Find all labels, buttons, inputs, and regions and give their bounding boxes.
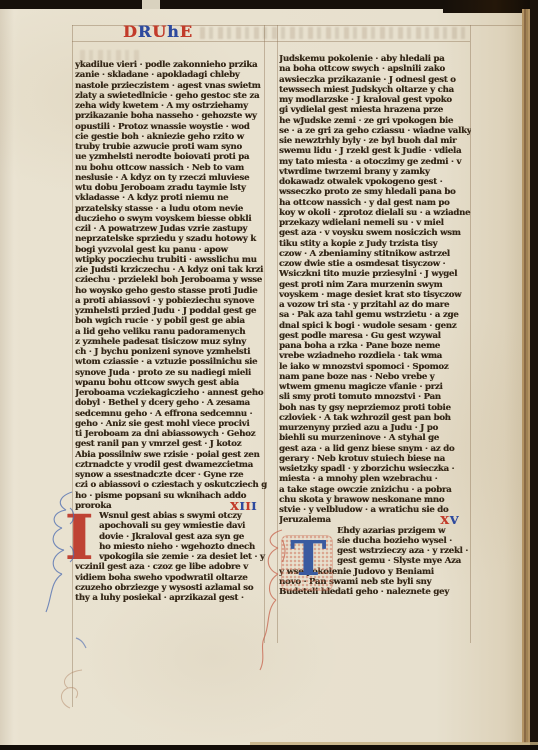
text-line: my tato miesta · a otoczimy ge zedmi · v: [279, 157, 471, 167]
text-line: wtipky pocziechu trubiti · awsslichu mu: [75, 255, 267, 265]
text-line: a take stage owczie znizichu · a pobra: [279, 485, 471, 495]
text-line: ho woysko geho gesto stasse proti Judie: [75, 286, 267, 296]
text-line: my modlarzske · J kraloval gest vpoko: [279, 95, 471, 105]
text-line: stvie · y velbludow · a wratichu sie do: [279, 505, 471, 515]
text-line: przekazy wdielani nemeli su · v miel: [279, 218, 471, 228]
colored-letter: X: [230, 501, 239, 511]
text-line: czuzeho obrziezge y wysosti azlamal so: [75, 583, 267, 593]
text-line: czow · A zbeniaminy stitnikow astrzel: [279, 249, 471, 259]
text-line: wtu dobu Jeroboam zradu taymie lsty: [75, 183, 267, 193]
chapter-numeral: XIII: [230, 501, 257, 511]
text-line: XIIIproroka: [75, 501, 267, 511]
text-line: ho · pisme popsani su wknihach addo: [75, 491, 267, 501]
ruling-line-horizontal-header: [72, 41, 470, 42]
text-line: Judskemu pokolenie · aby hledali pa: [279, 54, 471, 64]
text-line: Abia possilniw swe rzisie · poial gest z…: [75, 450, 267, 460]
text-line: swemu lidu · J rzekl gest k Judie · vdie…: [279, 146, 471, 156]
text-line: biehli su murzeninove · A styhal ge: [279, 433, 471, 443]
text-line: cie gestie boh · akniezie geho rzito w: [75, 132, 267, 142]
text-line: chu skota y brawow neskonane mno: [279, 495, 471, 505]
manuscript-photo: DRUhE ykadilue vieri · podle zakonnieho …: [0, 0, 538, 750]
text-line: vidiem boha sweho vpodwratil oltarze: [75, 573, 267, 583]
initial-letter: T: [282, 529, 334, 589]
text-line: sie ducha bozieho wysel ·: [337, 536, 471, 546]
colored-letter: R: [138, 22, 152, 41]
text-line: wpanu bohu ottcow swych gest abia: [75, 378, 267, 388]
text-line: a proti abiassovi · y pobieziechu synove: [75, 296, 267, 306]
blue-penwork-flourish: [42, 486, 78, 616]
text-line: Wsnul gest abias s swymi otczy: [99, 511, 267, 521]
text-line: he wJudske zemi · ze gri vpokogen bie: [279, 116, 471, 126]
blue-flourish-tip: [74, 636, 88, 650]
colored-letter: E: [180, 22, 193, 41]
photo-edge-right: [530, 0, 538, 750]
text-line: ykadilue vieri · podle zakonnieho przika: [75, 60, 267, 70]
text-line: synow a ssestnadczte dcer · Gyne rze: [75, 470, 267, 480]
colored-letter: U: [152, 22, 167, 41]
photo-edge-bottom: [0, 745, 538, 750]
text-line: dobyl · Bethel y dcery geho · A zesama: [75, 398, 267, 408]
colored-letter: X: [440, 515, 449, 525]
text-line: gi vydielal gest miesta hrazena prze: [279, 105, 471, 115]
text-line: geho · Aniz sie gest mohl viece procivi: [75, 419, 267, 429]
text-line: sie newztrhly byly · ze byl buoh dal mir: [279, 136, 471, 146]
text-line: wsietzky spadl · y zborzichu wsieczka ·: [279, 464, 471, 474]
book-fore-edge: [522, 9, 530, 743]
text-line: przatelsky stasse · a ludu otom nevie: [75, 204, 267, 214]
text-line: koy w okoli · zprotoz dielali su · a wzi…: [279, 208, 471, 218]
text-line: zlaty a swietedlnicie · geho gestoc ste …: [75, 91, 267, 101]
text-line: tewssech miest Judskych oltarze y cha: [279, 85, 471, 95]
text-line: gest wstrzieczy aza · y rzekl ·: [337, 546, 471, 556]
text-line: voyskem · mage desiet krat sto tisyczow: [279, 290, 471, 300]
verso-showthrough-strip: [200, 27, 468, 39]
text-line: boh nas ty gsy neprziemoz proti tobie: [279, 403, 471, 413]
text-line: zie Judsti krziczechu · A kdyz oni tak k…: [75, 265, 267, 275]
text-line: dokawadz otwalek vpokogeno gest ·: [279, 177, 471, 187]
text-line: z yzmhele padesat tisiczow muz sylny: [75, 337, 267, 347]
red-penwork-flourish: [256, 526, 286, 674]
text-line: sa · Pak aza tahl gemu wstrzietu · a zge: [279, 310, 471, 320]
colored-letter: D: [123, 22, 138, 41]
text-line: vtwrdime twrzemi brany y zamky: [279, 167, 471, 177]
text-line: Ehdy azarias przigem w: [337, 526, 471, 536]
text-line: nu bohu ottcow nassich · Neb to vam: [75, 163, 267, 173]
text-line: ha ottcow nassich · y dal gest nam po: [279, 198, 471, 208]
text-line: cziechu · przielekl boh Jeroboama y wsse: [75, 275, 267, 285]
text-line: zeha widy kwetem · A my ostrziehamy: [75, 101, 267, 111]
text-line: neslusie · A kdyz on ty rzeczi mluviese: [75, 173, 267, 183]
text-line: synove Juda · proto ze su nadiegi mieli: [75, 368, 267, 378]
text-line: opustili · Protoz wnassie woystie · wod: [75, 122, 267, 132]
text-line: tiku stity a kopie z Judy trzista tisy: [279, 239, 471, 249]
text-line: vkladasse · A kdyz proti niemu ne: [75, 193, 267, 203]
text-line: zanie · skladane · apokladagi chleby: [75, 70, 267, 80]
text-line: Jeroboama vcziekagiczieho · annest geho: [75, 388, 267, 398]
text-line: vpokogila sie zemie · za desiet let · y: [99, 552, 267, 562]
text-line: bogi yvzvolal gest ku panu · apow: [75, 245, 267, 255]
text-line: gest podle maresa · Gu gest wzywal: [279, 331, 471, 341]
text-line: gerary · Neb krotuv stuiech biese na: [279, 454, 471, 464]
text-line: gest proti nim Zara murzenin swym: [279, 280, 471, 290]
text-line: XVJeruzalema: [279, 515, 471, 525]
text-line: thy a luhy posiekal · aprzikazal gest ·: [75, 593, 267, 603]
text-line: wtom cziassie · a vztuzie possilnichu si…: [75, 357, 267, 367]
text-line: dovie · Jkraloval gest aza syn ge: [99, 532, 267, 542]
text-line: nam pane boze nas · Nebo vrebe y: [279, 372, 471, 382]
colored-letter: V: [450, 515, 459, 525]
text-line: ue yzmhelsti nerodte boiovati proti pa: [75, 152, 267, 162]
running-title: DRUhE: [123, 22, 193, 41]
text-line: a vozow tri sta · y przitahl az do mare: [279, 300, 471, 310]
text-line: gest aza · v voysku swem nosiczich wsm: [279, 228, 471, 238]
text-line: wtwem gmenu magicze vfanie · przi: [279, 382, 471, 392]
text-line: le iako w mnozstvi spomoci · Spomoz: [279, 362, 471, 372]
text-line: ti Jeroboam za dni abiassowych · Gehoz: [75, 429, 267, 439]
text-line: duczieho o swym voyskem biesse obkli: [75, 214, 267, 224]
text-line: se · a ze gri za geho cziassu · wiadne v…: [279, 126, 471, 136]
text-line: murzenyny przied azu a Judu · J po: [279, 423, 471, 433]
text-line: czil · A powatrzew Judas vzrie zastupy: [75, 224, 267, 234]
text-line: cztrnadcte y vrodil gest dwamezcietma: [75, 460, 267, 470]
text-column-right: Judskemu pokolenie · aby hledali pana bo…: [279, 54, 471, 597]
text-line: gest ranil pan y vmrzel gest · J kotoz: [75, 439, 267, 449]
colored-letter: h: [167, 22, 180, 41]
photo-edge-top-notch: [142, 0, 160, 9]
gutter-shadow: [0, 8, 14, 746]
colored-letter: I: [251, 501, 257, 511]
decorated-initial-T: T: [281, 535, 333, 591]
text-line: truby trubie azwucie proti wam syno: [75, 142, 267, 152]
text-line: miesta · a mnohy plen wzebrachu ·: [279, 474, 471, 484]
text-line: pana boha a rzka · Pane boze neme: [279, 341, 471, 351]
text-line: ch · J bychu ponizeni synove yzmhelsti: [75, 347, 267, 357]
text-line: dnal spici k bogi · wudole sesam · genz: [279, 321, 471, 331]
text-line: yzmhelsti przied Judu · J poddal gest ge: [75, 306, 267, 316]
text-line: wsseczko proto ze smy hledali pana bo: [279, 187, 471, 197]
text-line: ho miesto nieho · wgehozto dnech: [99, 542, 267, 552]
margin-penwork-curl: [52, 666, 94, 712]
text-line: neprzatelske sprziedu y szadu hotowy k: [75, 234, 267, 244]
text-line: na boha ottcow swych · apslnili zako: [279, 64, 471, 74]
text-line: sli smy proti tomuto mnozstvi · Pan: [279, 392, 471, 402]
text-line: gest aza · a lid genz biese snym · az do: [279, 444, 471, 454]
text-line: nastole przieczistem · agest vnas swietm: [75, 81, 267, 91]
text-line: przikazanie boha nasseho · gehozste wy: [75, 111, 267, 121]
text-line: sedcemnu geho · A effrona sedcemnu ·: [75, 409, 267, 419]
text-line: czloviek · A tak wzhrozil gest pan boh: [279, 413, 471, 423]
text-line: vczinil gest aza · czoz ge libe adobre v: [75, 562, 267, 572]
text-line: vrebe wziadneho rozdiela · tak wma: [279, 351, 471, 361]
text-line: boh wgich rucie · y pobil gest ge abia: [75, 316, 267, 326]
text-line: czi o abiassovi o cziestach y oskutcziec…: [75, 480, 267, 490]
text-line: czow dwie stie a osmdesat tisyczow ·: [279, 259, 471, 269]
text-line: awsieczka przikazanie · J odnesl gest o: [279, 75, 471, 85]
text-column-left: ykadilue vieri · podle zakonnieho przika…: [75, 60, 267, 603]
text-line: Wsiczkni tito muzie prziesylni · J wygel: [279, 269, 471, 279]
text-line: a lid geho veliku ranu padoramenych: [75, 327, 267, 337]
text-line: gest gemu · Slyste mye Aza: [337, 556, 471, 566]
text-line: apochovali su gey wmiestie davi: [99, 521, 267, 531]
chapter-numeral: XV: [440, 515, 459, 525]
